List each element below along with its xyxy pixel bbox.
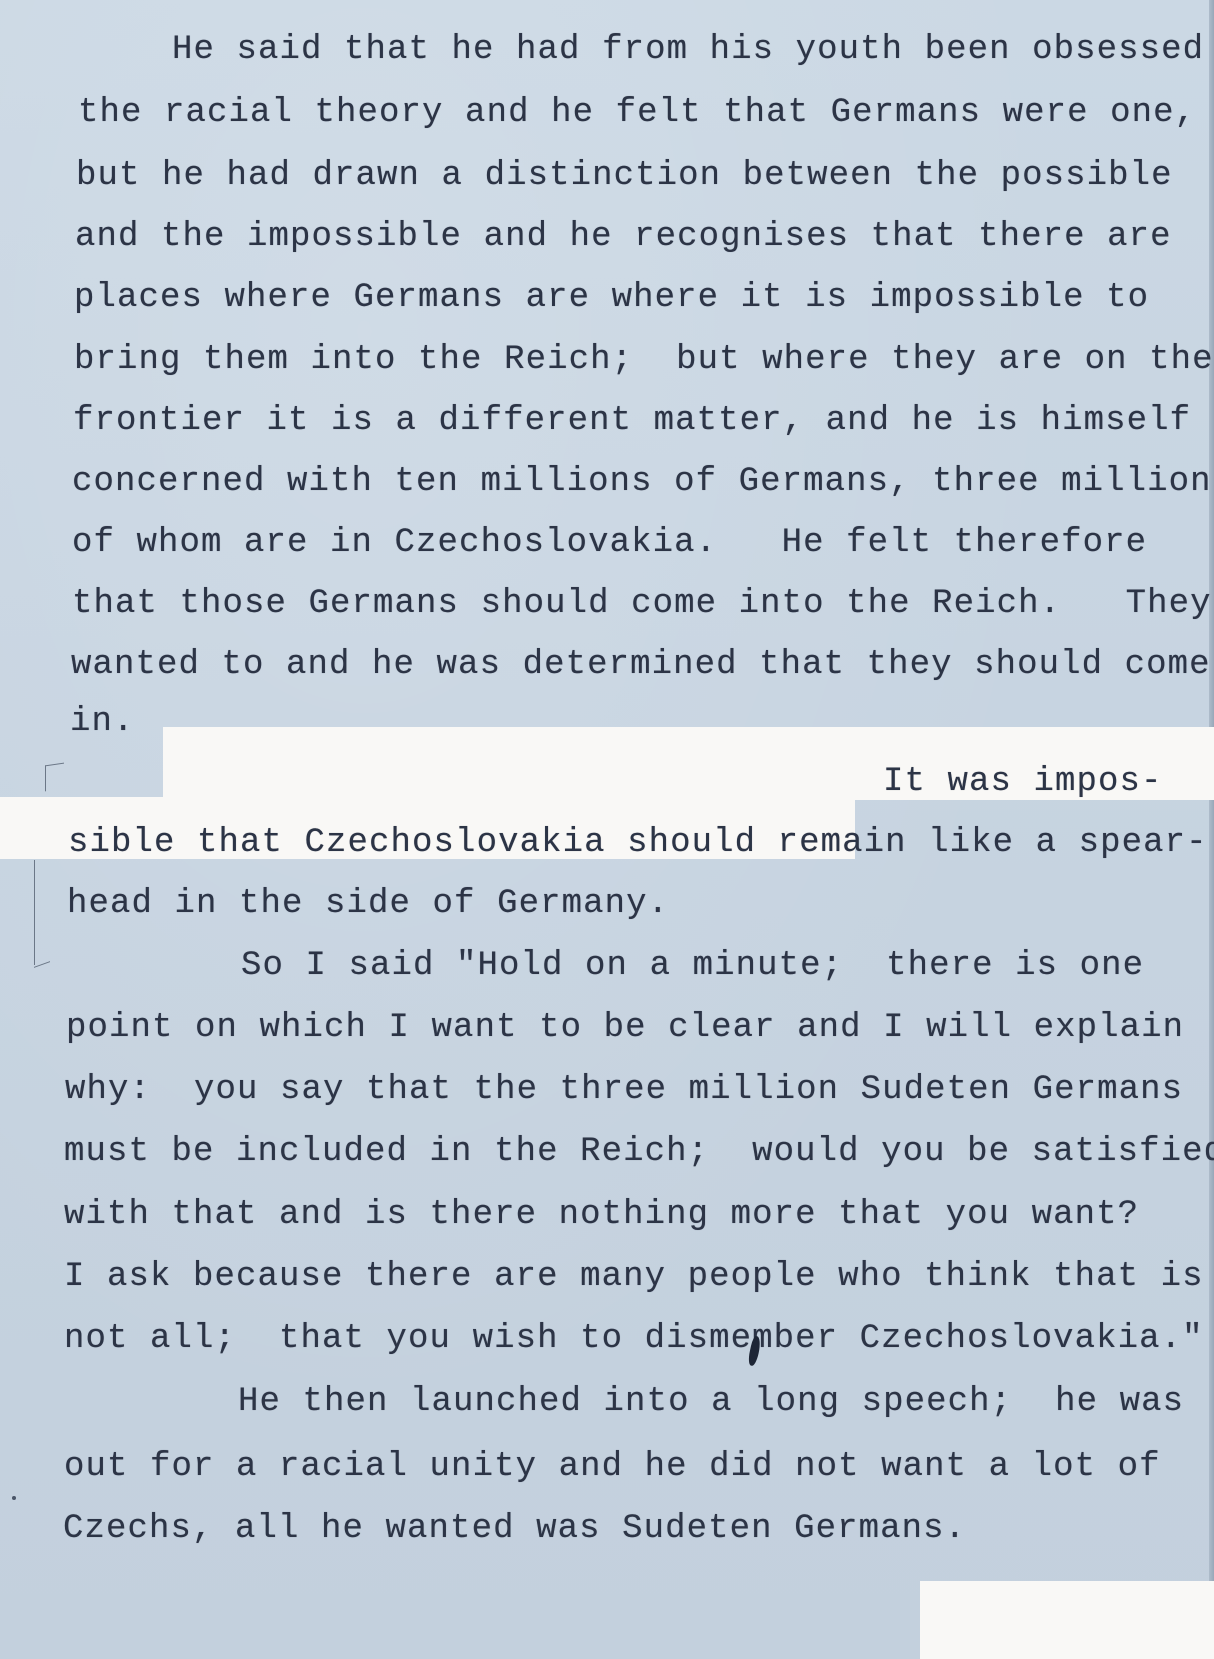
document-page: He said that he had from his youth been … <box>0 0 1214 1659</box>
text-line: So I said "Hold on a minute; there is on… <box>241 946 1144 986</box>
text-line: point on which I want to be clear and I … <box>66 1008 1184 1048</box>
text-line: wanted to and he was determined that the… <box>71 645 1211 685</box>
text-line: of whom are in Czechoslovakia. He felt t… <box>72 523 1147 563</box>
text-line: head in the side of Germany. <box>67 884 669 924</box>
margin-bracket-mark <box>34 860 36 965</box>
stray-mark <box>12 1496 16 1500</box>
text-line: must be included in the Reich; would you… <box>64 1132 1214 1172</box>
text-line: but he had drawn a distinction between t… <box>76 156 1173 196</box>
text-line: with that and is there nothing more that… <box>64 1195 1139 1235</box>
margin-bracket-mark <box>45 763 64 792</box>
text-line: bring them into the Reich; but where the… <box>74 340 1214 380</box>
text-line: why: you say that the three million Sude… <box>65 1070 1183 1110</box>
text-line: He said that he had from his youth been … <box>172 30 1214 70</box>
text-line: the racial theory and he felt that Germa… <box>78 93 1196 133</box>
text-line: that those Germans should come into the … <box>72 584 1212 624</box>
text-line: I ask because there are many people who … <box>64 1257 1204 1297</box>
text-line: places where Germans are where it is imp… <box>74 278 1149 318</box>
redacted-block <box>920 1581 1214 1659</box>
text-line: He then launched into a long speech; he … <box>238 1382 1184 1422</box>
text-line: in. <box>70 702 135 742</box>
page-edge <box>1209 0 1214 1659</box>
text-line: not all; that you wish to dismember Czec… <box>64 1319 1204 1359</box>
text-line: It was impos- <box>883 762 1163 802</box>
margin-bracket-mark <box>34 949 50 968</box>
text-line: frontier it is a different matter, and h… <box>73 401 1191 441</box>
text-line: sible that Czechoslovakia should remain … <box>68 823 1208 863</box>
text-line: and the impossible and he recognises tha… <box>75 217 1172 257</box>
text-line: Czechs, all he wanted was Sudeten German… <box>63 1509 966 1549</box>
text-line: concerned with ten millions of Germans, … <box>72 462 1214 502</box>
text-line: out for a racial unity and he did not wa… <box>64 1447 1161 1487</box>
